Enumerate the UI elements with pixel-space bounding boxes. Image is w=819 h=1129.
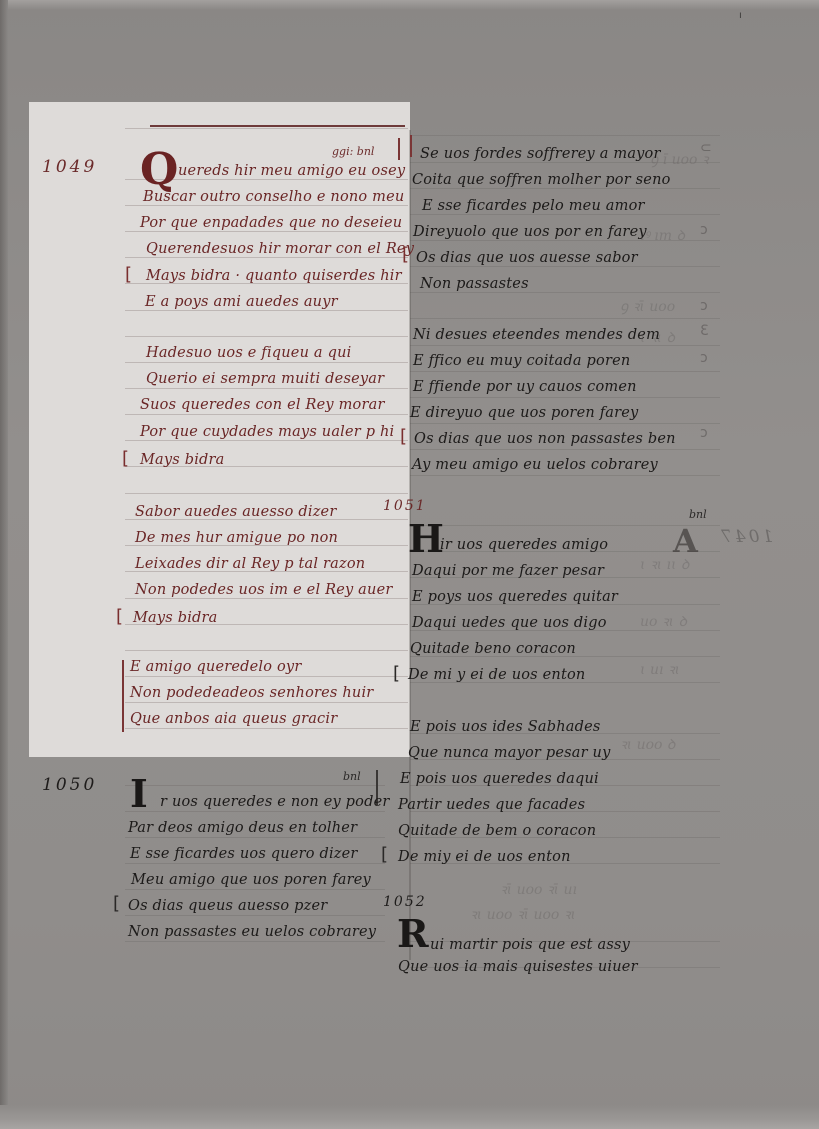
verse-line: Daqui por me fazer pesar bbox=[412, 564, 604, 579]
verse-line: E pois uos queredes daqui bbox=[400, 772, 599, 787]
verse-line: De mes hur amigue po non bbox=[135, 531, 338, 546]
verse-line: Que uos ia mais quisestes uiuer bbox=[398, 960, 638, 975]
ruling-line bbox=[125, 837, 385, 838]
ruling-line bbox=[410, 318, 720, 319]
poem-number: 1051 bbox=[383, 498, 427, 514]
refrain-line: De miy ei de uos enton bbox=[398, 850, 571, 865]
ruling-line bbox=[125, 414, 408, 415]
ruling-line bbox=[125, 676, 408, 677]
verse-line: Por que enpadades que no deseieu bbox=[140, 216, 402, 231]
verse-line: Querendesuos hir morar con el Rey bbox=[146, 242, 414, 257]
top-rule bbox=[150, 125, 405, 127]
verse-line: E ffico eu muy coitada poren bbox=[413, 354, 630, 369]
verse-line: Meu amigo que uos poren farey bbox=[131, 873, 371, 888]
verse-line: E sse ficardes uos quero dizer bbox=[130, 847, 358, 862]
verse-line: E direyuo que uos poren farey bbox=[410, 406, 638, 421]
margin-stroke bbox=[410, 135, 412, 157]
refrain-line: Mays bidra bbox=[140, 453, 225, 468]
marginal-guide-letter: A bbox=[673, 522, 698, 560]
verse-line: r uos queredes e non ey poder bbox=[160, 795, 389, 810]
ruling-line bbox=[410, 188, 720, 189]
ruling-line bbox=[410, 475, 720, 476]
ruling-line bbox=[125, 362, 408, 363]
page-top-edge bbox=[0, 0, 819, 10]
verse-line: Ni desues eteendes mendes dem bbox=[413, 328, 660, 343]
poem-number: 1052 bbox=[383, 894, 427, 910]
rubric-annotation: ggi: bnl bbox=[332, 145, 374, 158]
ruling-line bbox=[410, 266, 720, 267]
ruling-line bbox=[125, 205, 408, 206]
margin-mark: ⊂ bbox=[700, 140, 712, 156]
rubric-annotation: bnl bbox=[689, 508, 707, 521]
ruling-line bbox=[410, 397, 720, 398]
margin-mark: ↄ bbox=[700, 425, 708, 441]
manuscript-page: ꝯ ı̄ uoo ꝛ ıꝰ ım ꝺ ꝯ ꝛɩ̄ uoo ɩ ꝛɩ ꝺ ɩ ꝛɩ… bbox=[0, 0, 819, 1129]
ruling-line bbox=[125, 493, 408, 494]
refrain-line: Mays bidra bbox=[133, 611, 218, 626]
rubric-annotation: bnl bbox=[343, 770, 361, 783]
refrain-bracket: [ bbox=[122, 450, 129, 468]
refrain-bracket: [ bbox=[125, 266, 132, 284]
verse-line: Quitade de bem o coracon bbox=[398, 824, 596, 839]
ruling-line bbox=[125, 440, 408, 441]
decorated-initial: R bbox=[397, 915, 429, 953]
margin-mark: ↄ bbox=[700, 222, 708, 238]
ruling-line bbox=[410, 240, 720, 241]
margin-mark: ↄ bbox=[700, 298, 708, 314]
binding-edge bbox=[0, 0, 8, 1129]
ruling-line bbox=[125, 811, 385, 812]
show-through-text: ꝛɩ uoo ꝛɩ̄ uoo ꝛɩ bbox=[470, 905, 576, 924]
refrain-line: Os dias que uos auesse sabor bbox=[416, 251, 638, 266]
ruling-line bbox=[410, 345, 720, 346]
ruling-line bbox=[125, 728, 408, 729]
refrain-line: Ay meu amigo eu uelos cobrarey bbox=[412, 458, 658, 473]
verse-line: Direyuolo que uos por en farey bbox=[413, 225, 647, 240]
verse-line: Partir uedes que facades bbox=[398, 798, 585, 813]
verse-line: Os dias queus auesso pzer bbox=[128, 899, 327, 914]
verse-line: Coita que soffren molher por seno bbox=[412, 173, 671, 188]
ruling-line bbox=[125, 785, 385, 786]
tornada-bracket bbox=[122, 660, 124, 732]
verse-line: Leixades dir al Rey p tal razon bbox=[135, 557, 365, 572]
verse-line: E amigo queredelo oyr bbox=[130, 660, 301, 675]
ruling-line bbox=[125, 128, 408, 129]
ruling-line bbox=[125, 336, 408, 337]
ruling-line bbox=[410, 162, 720, 163]
verse-line: ir uos queredes amigo bbox=[440, 538, 608, 553]
ruling-line bbox=[410, 135, 720, 136]
page-bottom-edge bbox=[0, 1105, 819, 1129]
verse-line: E poys uos queredes quitar bbox=[412, 590, 618, 605]
verse-line: Que nunca mayor pesar uy bbox=[408, 746, 610, 761]
ruling-line bbox=[125, 231, 408, 232]
ruling-line bbox=[125, 598, 408, 599]
refrain-bracket: [ bbox=[381, 846, 388, 864]
verse-line: Sabor auedes auesso dizer bbox=[135, 505, 336, 520]
show-through-text: ɩ uı ꝛɩ bbox=[640, 660, 680, 679]
ruling-line bbox=[410, 449, 720, 450]
ruling-line bbox=[410, 371, 720, 372]
margin-mark: ↄ bbox=[700, 350, 708, 366]
verse-line: E sse ficardes pelo meu amor bbox=[422, 199, 645, 214]
decorated-initial: H bbox=[408, 520, 444, 558]
refrain-bracket: [ bbox=[116, 608, 123, 626]
verse-line: Daqui uedes que uos digo bbox=[412, 616, 607, 631]
ruling-line bbox=[410, 292, 720, 293]
ruling-line bbox=[125, 915, 385, 916]
ruling-line bbox=[125, 650, 408, 651]
verse-line: Se uos fordes soffrerey a mayor bbox=[420, 147, 661, 162]
show-through-text: ꝛɩ̄ uoo ꝛɩ̄ uı bbox=[500, 880, 577, 899]
show-through-text: uo ꝛɩ ꝺ bbox=[640, 612, 687, 631]
verse-line: Non podedes uos im e el Rey auer bbox=[135, 583, 392, 598]
verse-line: Non podedeadeos senhores huir bbox=[130, 686, 373, 701]
decorated-initial: I bbox=[130, 775, 148, 813]
ruling-line bbox=[125, 889, 385, 890]
refrain-bracket: [ bbox=[402, 246, 409, 264]
verse-line: Quitade beno coracon bbox=[410, 642, 576, 657]
ruling-line bbox=[125, 257, 408, 258]
verse-line: Non passastes eu uelos cobrarey bbox=[128, 925, 376, 940]
ruling-line bbox=[125, 388, 408, 389]
refrain-bracket: [ bbox=[400, 428, 407, 446]
ruling-line bbox=[125, 863, 385, 864]
refrain-line: E a poys ami auedes auyr bbox=[145, 295, 338, 310]
verse-line: ui martir pois que est assy bbox=[430, 938, 630, 953]
mirrored-folio-number: 1047 bbox=[718, 527, 773, 547]
verse-line: Par deos amigo deus en tolher bbox=[128, 821, 357, 836]
ruling-line bbox=[410, 423, 720, 424]
refrain-bracket: [ bbox=[113, 895, 120, 913]
verse-line: Suos queredes con el Rey morar bbox=[140, 398, 385, 413]
refrain-line: De mi y ei de uos enton bbox=[408, 668, 585, 683]
ruling-line bbox=[125, 941, 385, 942]
decorated-initial: Q bbox=[140, 148, 178, 192]
refrain-line: Os dias que uos non passastes ben bbox=[414, 432, 676, 447]
poem-number: 1049 bbox=[42, 157, 97, 177]
verse-line: E ffiende por uy cauos comen bbox=[413, 380, 637, 395]
poem-number: 1050 bbox=[42, 775, 97, 795]
verse-line: E pois uos ides Sabhades bbox=[410, 720, 601, 735]
verse-line: Que anbos aia queus gracir bbox=[130, 712, 337, 727]
verse-line: Buscar outro conselho e nono meu bbox=[143, 190, 404, 205]
refrain-line: Mays bidra · quanto quiserdes hir bbox=[146, 269, 402, 284]
verse-line: Por que cuydades mays ualer p hi bbox=[140, 425, 394, 440]
margin-mark: Ɛ bbox=[700, 323, 709, 339]
verse-line: Hadesuo uos e fiqueu a qui bbox=[146, 346, 351, 361]
refrain-line: Non passastes bbox=[420, 277, 529, 292]
crop-mark: ı bbox=[739, 10, 742, 21]
show-through-text: ꝯ ꝛɩ̄ uoo bbox=[620, 297, 675, 316]
ruling-line bbox=[125, 310, 408, 311]
show-through-text: ꝛɩ uoo ꝺ bbox=[620, 735, 675, 754]
refrain-bracket: [ bbox=[393, 665, 400, 683]
margin-stroke bbox=[398, 138, 400, 160]
ruling-line bbox=[410, 214, 720, 215]
verse-line: Querio ei sempra muiti deseyar bbox=[146, 372, 384, 387]
verse-line: uereds hir meu amigo eu osey bbox=[178, 164, 405, 179]
ruling-line bbox=[125, 702, 408, 703]
